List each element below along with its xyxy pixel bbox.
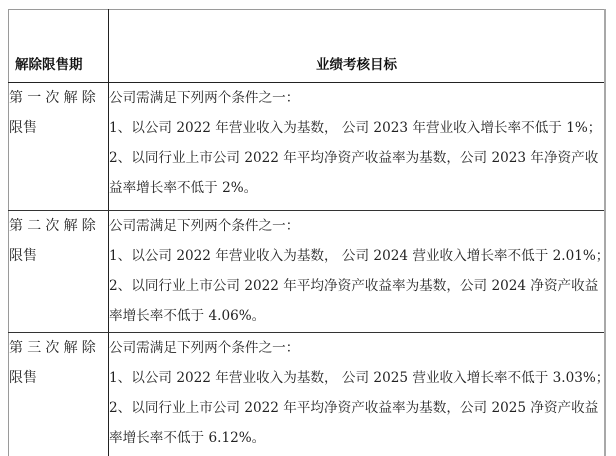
condition-intro: 公司需满足下列两个条件之一： [109,211,604,241]
performance-target-table: 解除限售期 业绩考核目标 第一次解除 限售 公司需满足下列两个条件之一： 1、以… [8,9,606,456]
condition-intro: 公司需满足下列两个条件之一： [109,83,604,113]
period-cell: 第二次解除 限售 [9,211,109,333]
table-row: 第一次解除 限售 公司需满足下列两个条件之一： 1、以公司 2022 年营业收入… [9,83,606,211]
condition-intro: 公司需满足下列两个条件之一： [109,333,604,363]
condition-2-cont: 益率增长率不低于 2%。 [109,173,604,203]
period-cell: 第一次解除 限售 [9,83,109,211]
target-cell: 公司需满足下列两个条件之一： 1、以公司 2022 年营业收入为基数， 公司 2… [109,333,606,456]
header-target: 业绩考核目标 [109,10,606,83]
header-period: 解除限售期 [9,10,109,83]
condition-2-cont: 率增长率不低于 6.12%。 [109,423,604,453]
period-label-cont: 限售 [9,113,108,143]
condition-2: 2、以同行业上市公司 2022 年平均净资产收益率为基数，公司 2024 净资产… [109,271,604,301]
table-row: 第三次解除 限售 公司需满足下列两个条件之一： 1、以公司 2022 年营业收入… [9,333,606,456]
condition-2-cont: 率增长率不低于 4.06%。 [109,301,604,331]
table-header-row: 解除限售期 业绩考核目标 [9,10,606,83]
period-label: 第三次解除 [9,333,108,363]
period-label: 第二次解除 [9,211,108,241]
condition-1: 1、以公司 2022 年营业收入为基数， 公司 2025 营业收入增长率不低于 … [109,363,604,393]
condition-2: 2、以同行业上市公司 2022 年平均净资产收益率为基数，公司 2023 年净资… [109,143,604,173]
period-label-cont: 限售 [9,363,108,393]
table-row: 第二次解除 限售 公司需满足下列两个条件之一： 1、以公司 2022 年营业收入… [9,211,606,333]
period-cell: 第三次解除 限售 [9,333,109,456]
condition-2: 2、以同行业上市公司 2022 年平均净资产收益率为基数，公司 2025 净资产… [109,393,604,423]
target-cell: 公司需满足下列两个条件之一： 1、以公司 2022 年营业收入为基数， 公司 2… [109,83,606,211]
condition-1: 1、以公司 2022 年营业收入为基数， 公司 2023 年营业收入增长率不低于… [109,113,604,143]
period-label-cont: 限售 [9,241,108,271]
period-label: 第一次解除 [9,83,108,113]
target-cell: 公司需满足下列两个条件之一： 1、以公司 2022 年营业收入为基数， 公司 2… [109,211,606,333]
condition-1: 1、以公司 2022 年营业收入为基数， 公司 2024 营业收入增长率不低于 … [109,241,604,271]
